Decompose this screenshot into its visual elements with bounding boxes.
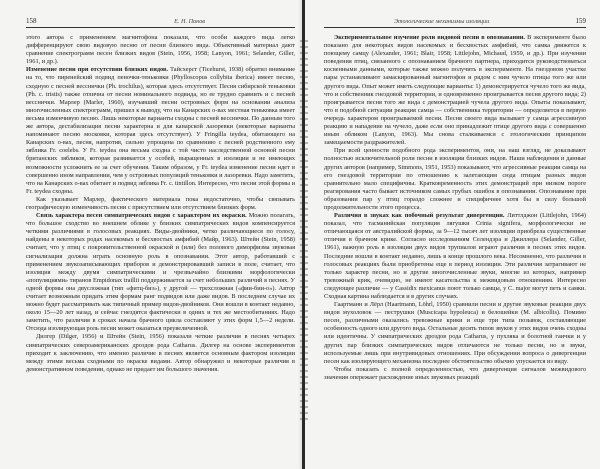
paragraph: Чтобы показать с полной определенностью,…	[324, 366, 586, 382]
left-body: этого автора с применением магнитофона п…	[26, 34, 295, 374]
paragraph: этого автора с применением магнитофона п…	[26, 34, 295, 66]
section-heading: Экспериментальное изучение роли видовой …	[334, 34, 525, 41]
paragraph: Дилгер (Dilger, 1956) и Штейн (Stein, 19…	[26, 333, 295, 373]
running-head-right: Этологические механизмы изоляции 159	[324, 17, 586, 28]
running-head-title: Е. Н. Панов	[174, 18, 205, 25]
paragraph: Как указывает Марлер, фактического матер…	[26, 196, 295, 212]
paragraph-section-heading: Изменение песни при отсутствии близких в…	[26, 66, 295, 196]
left-page: 158 Е. Н. Панов этого автора с применени…	[0, 0, 303, 469]
paragraph-section-heading: Экспериментальное изучение роли видовой …	[324, 34, 586, 147]
paragraph: Гаартманн и Лёрл (Haartmann, Löhrl, 1950…	[324, 301, 586, 366]
running-head-left: 158 Е. Н. Панов	[26, 17, 295, 28]
paragraph-section-heading: Различия в звуках как побочный результат…	[324, 212, 586, 301]
paragraph-section-heading: Связь характера песен симпатрических вид…	[26, 212, 295, 333]
section-heading: Связь характера песен симпатрических вид…	[36, 212, 247, 219]
running-head-title: Этологические механизмы изоляции	[394, 18, 489, 25]
right-page: Этологические механизмы изоляции 159 Экс…	[306, 0, 600, 469]
paragraph: При всей ценности подобного рода экспери…	[324, 147, 586, 212]
page-number: 158	[26, 17, 37, 25]
right-body: Экспериментальное изучение роли видовой …	[324, 34, 586, 382]
section-heading: Изменение песни при отсутствии близких в…	[26, 66, 168, 73]
section-heading: Различия в звуках как побочный результат…	[334, 212, 504, 219]
page-number: 159	[576, 17, 587, 25]
